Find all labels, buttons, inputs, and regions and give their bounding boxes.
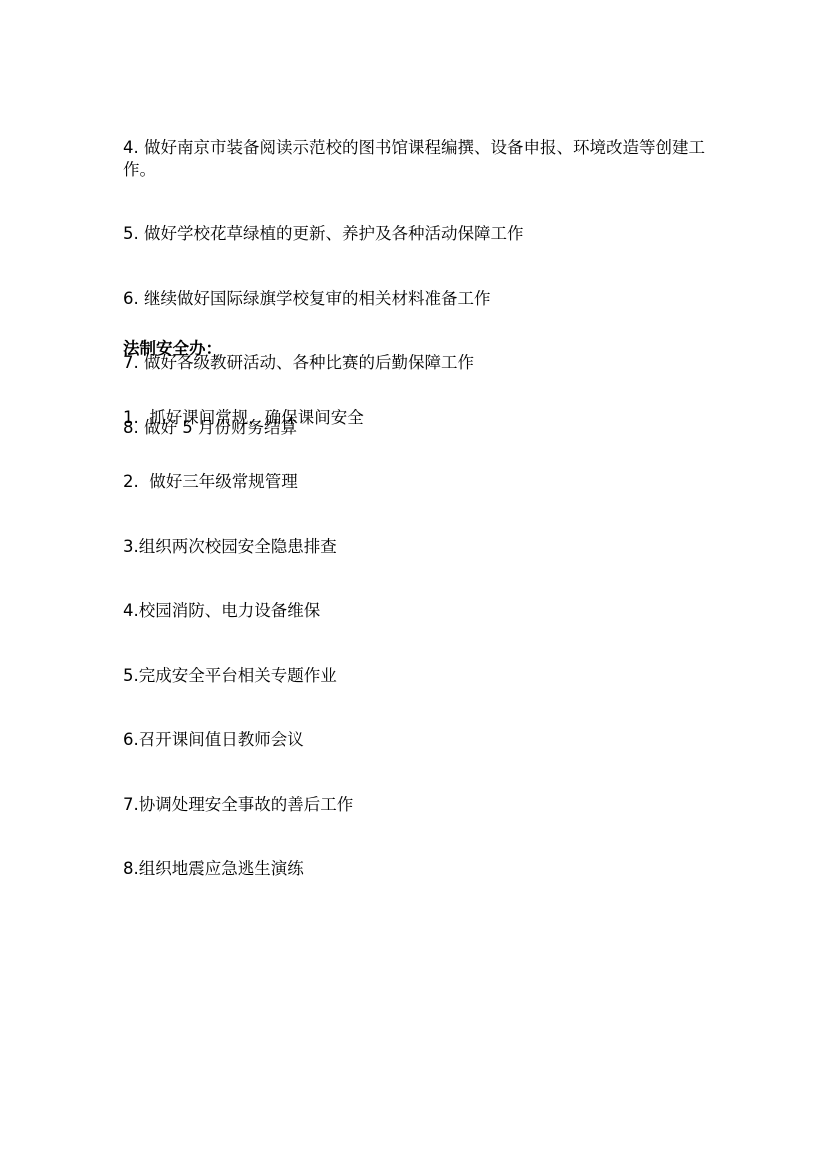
task-item: 5.完成安全平台相关专题作业 [123, 665, 708, 687]
task-item: 4.校园消防、电力设备维保 [123, 600, 708, 622]
task-item: 6.召开课间值日教师会议 [123, 729, 708, 751]
task-item: 3.组织两次校园安全隐患排查 [123, 536, 708, 558]
document-page: 4. 做好南京市装备阅读示范校的图书馆课程编撰、设备申报、环境改造等创建工作。 … [0, 0, 827, 1170]
task-item: 5. 做好学校花草绿植的更新、养护及各种活动保障工作 [123, 223, 708, 245]
task-item: 7.协调处理安全事故的善后工作 [123, 794, 708, 816]
legal-safety-office-heading: 法制安全办： [123, 338, 708, 360]
task-item: 2. 做好三年级常规管理 [123, 471, 708, 493]
task-item: 1. 抓好课间常规，确保课间安全 [123, 407, 708, 429]
task-item: 8.组织地震应急逃生演练 [123, 858, 708, 880]
section-legal-safety-office: 法制安全办： 1. 抓好课间常规，确保课间安全 2. 做好三年级常规管理 3.组… [123, 295, 708, 923]
task-item: 4. 做好南京市装备阅读示范校的图书馆课程编撰、设备申报、环境改造等创建工作。 [123, 137, 708, 180]
